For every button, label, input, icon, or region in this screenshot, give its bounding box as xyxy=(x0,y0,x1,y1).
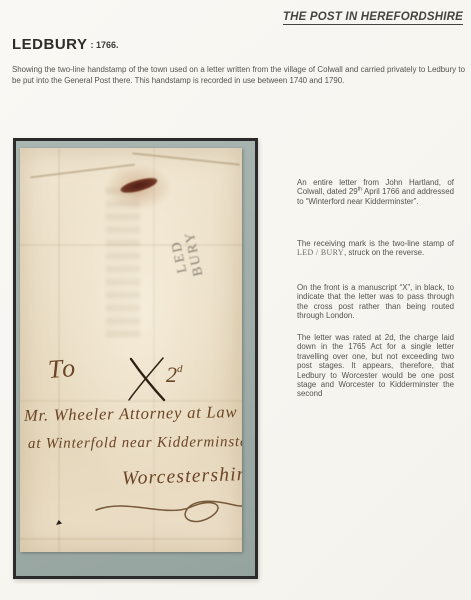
manuscript-x-mark xyxy=(126,356,168,402)
letter-exhibit-frame: LED BURY To 2d Mr. Wheeler Attorney at L… xyxy=(13,138,258,579)
town-name: LEDBURY xyxy=(12,36,87,53)
p2-text: The receiving mark is the two-line stamp… xyxy=(297,239,454,248)
letter-scan: LED BURY To 2d Mr. Wheeler Attorney at L… xyxy=(20,148,242,552)
description-paragraph-3: On the front is a manuscript “X”, in bla… xyxy=(297,283,454,321)
address-line-2: at Winterfold near Kidderminster xyxy=(28,434,242,453)
description-paragraph-1: An entire letter from John Hartland, of … xyxy=(297,178,454,206)
p2-text-cont: , struck on the reverse. xyxy=(344,248,424,257)
rate-value: 2 xyxy=(166,362,177,387)
paper-crease xyxy=(20,538,242,540)
description-paragraph-2: The receiving mark is the two-line stamp… xyxy=(297,239,454,258)
intro-paragraph: Showing the two-line handstamp of the to… xyxy=(12,64,465,86)
signature-flourish xyxy=(94,492,242,532)
town-heading: LEDBURY: 1766. xyxy=(12,36,118,54)
album-page: THE POST IN HEREFORDSHIRE LEDBURY: 1766.… xyxy=(0,0,471,600)
rate-unit: d xyxy=(177,363,183,375)
page-title: THE POST IN HEREFORDSHIRE xyxy=(283,11,463,25)
paper-crease xyxy=(58,148,60,552)
manuscript-rate: 2d xyxy=(166,362,183,388)
town-year: : 1766. xyxy=(90,40,118,50)
address-line-3: Worcestershire xyxy=(122,464,242,491)
ink-speck xyxy=(56,520,62,525)
address-line-1: Mr. Wheeler Attorney at Law xyxy=(24,402,238,426)
handstamp-reference: LED / BURY xyxy=(297,248,344,257)
description-paragraph-4: The letter was rated at 2d, the charge l… xyxy=(297,333,454,399)
ledbury-handstamp: LED BURY xyxy=(165,218,209,293)
paper-tear xyxy=(132,152,240,165)
ink-bleedthrough xyxy=(106,188,140,338)
manuscript-to: To xyxy=(47,353,78,385)
